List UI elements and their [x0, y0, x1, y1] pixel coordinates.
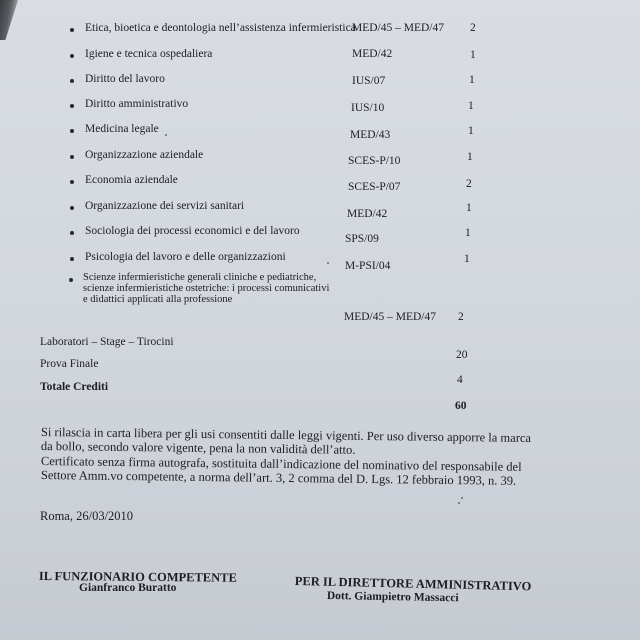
place-date: Roma, 26/03/2010 — [40, 509, 133, 523]
subject-name-line: e didattici applicati alla professione — [83, 294, 232, 305]
subject-credits: 2 — [458, 311, 464, 323]
subject-credits: 1 — [465, 227, 471, 239]
subject-credits: 1 — [468, 125, 474, 137]
bullet-icon — [70, 155, 74, 159]
other-credits-final: 4 — [457, 374, 463, 386]
signature-left-name: Gianfranco Buratto — [79, 582, 176, 594]
subject-code: MED/42 — [347, 208, 387, 220]
subject-code: MED/43 — [350, 129, 390, 141]
subject-name: Medicina legale — [85, 123, 159, 135]
subject-credits: 1 — [468, 100, 474, 112]
subject-name-line: scienze infermieristiche ostetriche: i p… — [83, 283, 329, 294]
subject-credits: 1 — [469, 74, 475, 86]
ink-speck — [458, 502, 460, 504]
subject-code: SCES-P/07 — [348, 181, 400, 193]
bullet-icon — [70, 54, 74, 58]
subject-code: MED/45 – MED/47 — [344, 311, 436, 323]
subject-name: Diritto amministrativo — [85, 98, 188, 110]
subject-name: Sociologia dei processi economici e del … — [85, 225, 300, 237]
total-credits: 60 — [455, 400, 467, 412]
page-corner-shadow — [0, 0, 18, 40]
bullet-icon — [70, 104, 74, 108]
subject-name-line: Scienze infermieristiche generali clinic… — [83, 272, 316, 283]
subject-code: SPS/09 — [345, 233, 379, 245]
subject-code: IUS/10 — [351, 102, 384, 114]
subject-code: IUS/07 — [352, 75, 385, 87]
subject-name: Psicologia del lavoro e delle organizzaz… — [85, 251, 286, 263]
subject-code: M-PSI/04 — [345, 260, 390, 272]
subject-name: Igiene e tecnica ospedaliera — [85, 48, 212, 60]
subject-credits: 1 — [470, 49, 476, 61]
subject-name: Diritto del lavoro — [85, 73, 165, 85]
subject-credits: 1 — [464, 253, 470, 265]
bullet-icon — [70, 79, 74, 83]
signature-right-name: Dott. Giampietro Massacci — [327, 590, 459, 604]
other-label-lab: Laboratori – Stage – Tirocini — [40, 336, 174, 348]
subject-name: Organizzazione aziendale — [85, 149, 203, 161]
bullet-icon — [70, 28, 74, 32]
bullet-icon — [70, 206, 74, 210]
subject-credits: 1 — [467, 151, 473, 163]
other-label-final: Prova Finale — [40, 358, 98, 370]
total-label: Totale Crediti — [40, 381, 108, 393]
bullet-icon — [70, 231, 74, 235]
subject-name: Economia aziendale — [85, 174, 178, 186]
bullet-icon — [70, 180, 74, 184]
document-page: Etica, bioetica e deontologia nell’assis… — [0, 0, 640, 640]
subject-credits: 1 — [466, 202, 472, 214]
bullet-icon — [70, 257, 74, 261]
bullet-icon — [69, 278, 73, 282]
ink-speck — [165, 134, 167, 136]
subject-credits: 2 — [466, 178, 472, 190]
subject-name: Etica, bioetica e deontologia nell’assis… — [85, 22, 356, 34]
subject-credits: 2 — [470, 22, 476, 34]
ink-speck — [327, 262, 329, 264]
ink-speck — [461, 497, 463, 499]
subject-name: Organizzazione dei servizi sanitari — [85, 200, 244, 212]
subject-code: MED/42 — [352, 48, 392, 60]
subject-code: SCES-P/10 — [348, 155, 400, 167]
other-credits-lab: 20 — [456, 349, 468, 361]
subject-code: MED/45 – MED/47 — [352, 22, 444, 34]
bullet-icon — [70, 129, 74, 133]
